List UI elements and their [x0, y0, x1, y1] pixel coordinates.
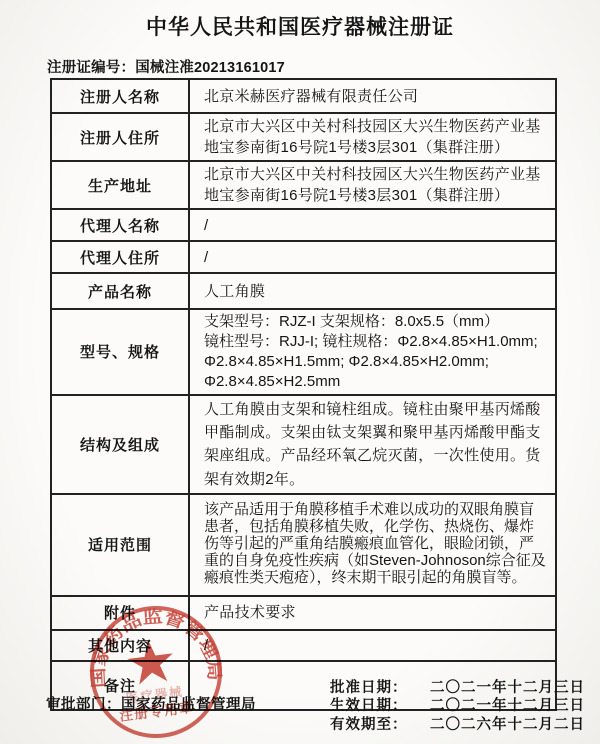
effective-date-row: 生效日期： 二〇二一年十二月三日: [330, 696, 585, 715]
page-title: 中华人民共和国医疗器械注册证: [0, 11, 600, 41]
row-label: 型号、规格: [51, 309, 189, 395]
row-label: 代理人住所: [51, 241, 189, 273]
row-value: 北京市大兴区中关村科技园区大兴生物医药产业基地宝参南街16号院1号楼3层301（…: [189, 113, 556, 161]
row-value: 产品技术要求: [189, 596, 556, 630]
row-label: 产品名称: [51, 273, 189, 309]
approval-department-value: 国家药品监督管理局: [121, 697, 256, 713]
table-row: 生产地址 北京市大兴区中关村科技园区大兴生物医药产业基地宝参南街16号院1号楼3…: [51, 161, 556, 209]
row-value: /: [189, 209, 556, 241]
row-label: 结构及组成: [51, 395, 189, 494]
row-label: 注册人住所: [51, 113, 189, 161]
table-row: 型号、规格 支架型号：RJZ-I 支架规格：8.0x5.5（mm） 镜柱型号：R…: [51, 309, 556, 395]
row-value: 该产品适用于角膜移植手术难以成功的双眼角膜盲患者，包括角膜移植失败，化学伤、热烧…: [189, 494, 556, 596]
cert-number-line: 注册证编号：国械注准20213161017: [47, 56, 285, 77]
expiry-date-value: 二〇二六年十二月二日: [430, 713, 585, 734]
cert-number-value: 国械注准20213161017: [135, 60, 285, 76]
table-row: 适用范围 该产品适用于角膜移植手术难以成功的双眼角膜盲患者，包括角膜移植失败，化…: [51, 494, 556, 596]
row-label: 代理人名称: [51, 209, 189, 241]
expiry-date-label: 有效期至：: [330, 713, 416, 734]
expiry-date-row: 有效期至： 二〇二六年十二月二日: [330, 714, 585, 733]
cert-number-label: 注册证编号：: [47, 60, 135, 76]
approval-department-label: 审批部门：: [46, 697, 121, 713]
row-value: 人工角膜由支架和镜柱组成。镜柱由聚甲基丙烯酸甲酯制成。支架由钛支架翼和聚甲基丙烯…: [189, 395, 556, 494]
row-label: 其他内容: [51, 630, 189, 661]
table-row: 代理人住所 /: [51, 241, 556, 273]
table-row: 注册人名称 北京米赫医疗器械有限责任公司: [51, 79, 556, 113]
approval-date-row: 批准日期： 二〇二一年十二月三日: [330, 677, 585, 696]
approval-department-line: 审批部门：国家药品监督管理局: [46, 693, 256, 714]
certificate-page: 中华人民共和国医疗器械注册证 注册证编号：国械注准20213161017 注册人…: [0, 0, 600, 744]
row-label: 适用范围: [51, 494, 189, 596]
table-row: 其他内容 /: [51, 630, 556, 661]
registration-table: 注册人名称 北京米赫医疗器械有限责任公司 注册人住所 北京市大兴区中关村科技园区…: [50, 78, 557, 711]
table-row: 代理人名称 /: [51, 209, 556, 241]
dates-block: 批准日期： 二〇二一年十二月三日 生效日期： 二〇二一年十二月三日 有效期至： …: [330, 677, 585, 733]
row-label: 附件: [51, 596, 189, 630]
row-value: /: [189, 241, 556, 273]
row-value: /: [189, 630, 556, 661]
table-row: 附件 产品技术要求: [51, 596, 556, 630]
row-label: 生产地址: [51, 161, 189, 209]
table-row: 产品名称 人工角膜: [51, 273, 556, 309]
table-row: 注册人住所 北京市大兴区中关村科技园区大兴生物医药产业基地宝参南街16号院1号楼…: [51, 113, 556, 161]
row-value: 北京市大兴区中关村科技园区大兴生物医药产业基地宝参南街16号院1号楼3层301（…: [189, 161, 556, 209]
row-value: 北京米赫医疗器械有限责任公司: [189, 79, 556, 113]
row-label: 注册人名称: [51, 79, 189, 113]
row-value: 支架型号：RJZ-I 支架规格：8.0x5.5（mm） 镜柱型号：RJJ-I; …: [189, 309, 556, 395]
table-row: 结构及组成 人工角膜由支架和镜柱组成。镜柱由聚甲基丙烯酸甲酯制成。支架由钛支架翼…: [51, 395, 556, 494]
row-value: 人工角膜: [189, 273, 556, 309]
